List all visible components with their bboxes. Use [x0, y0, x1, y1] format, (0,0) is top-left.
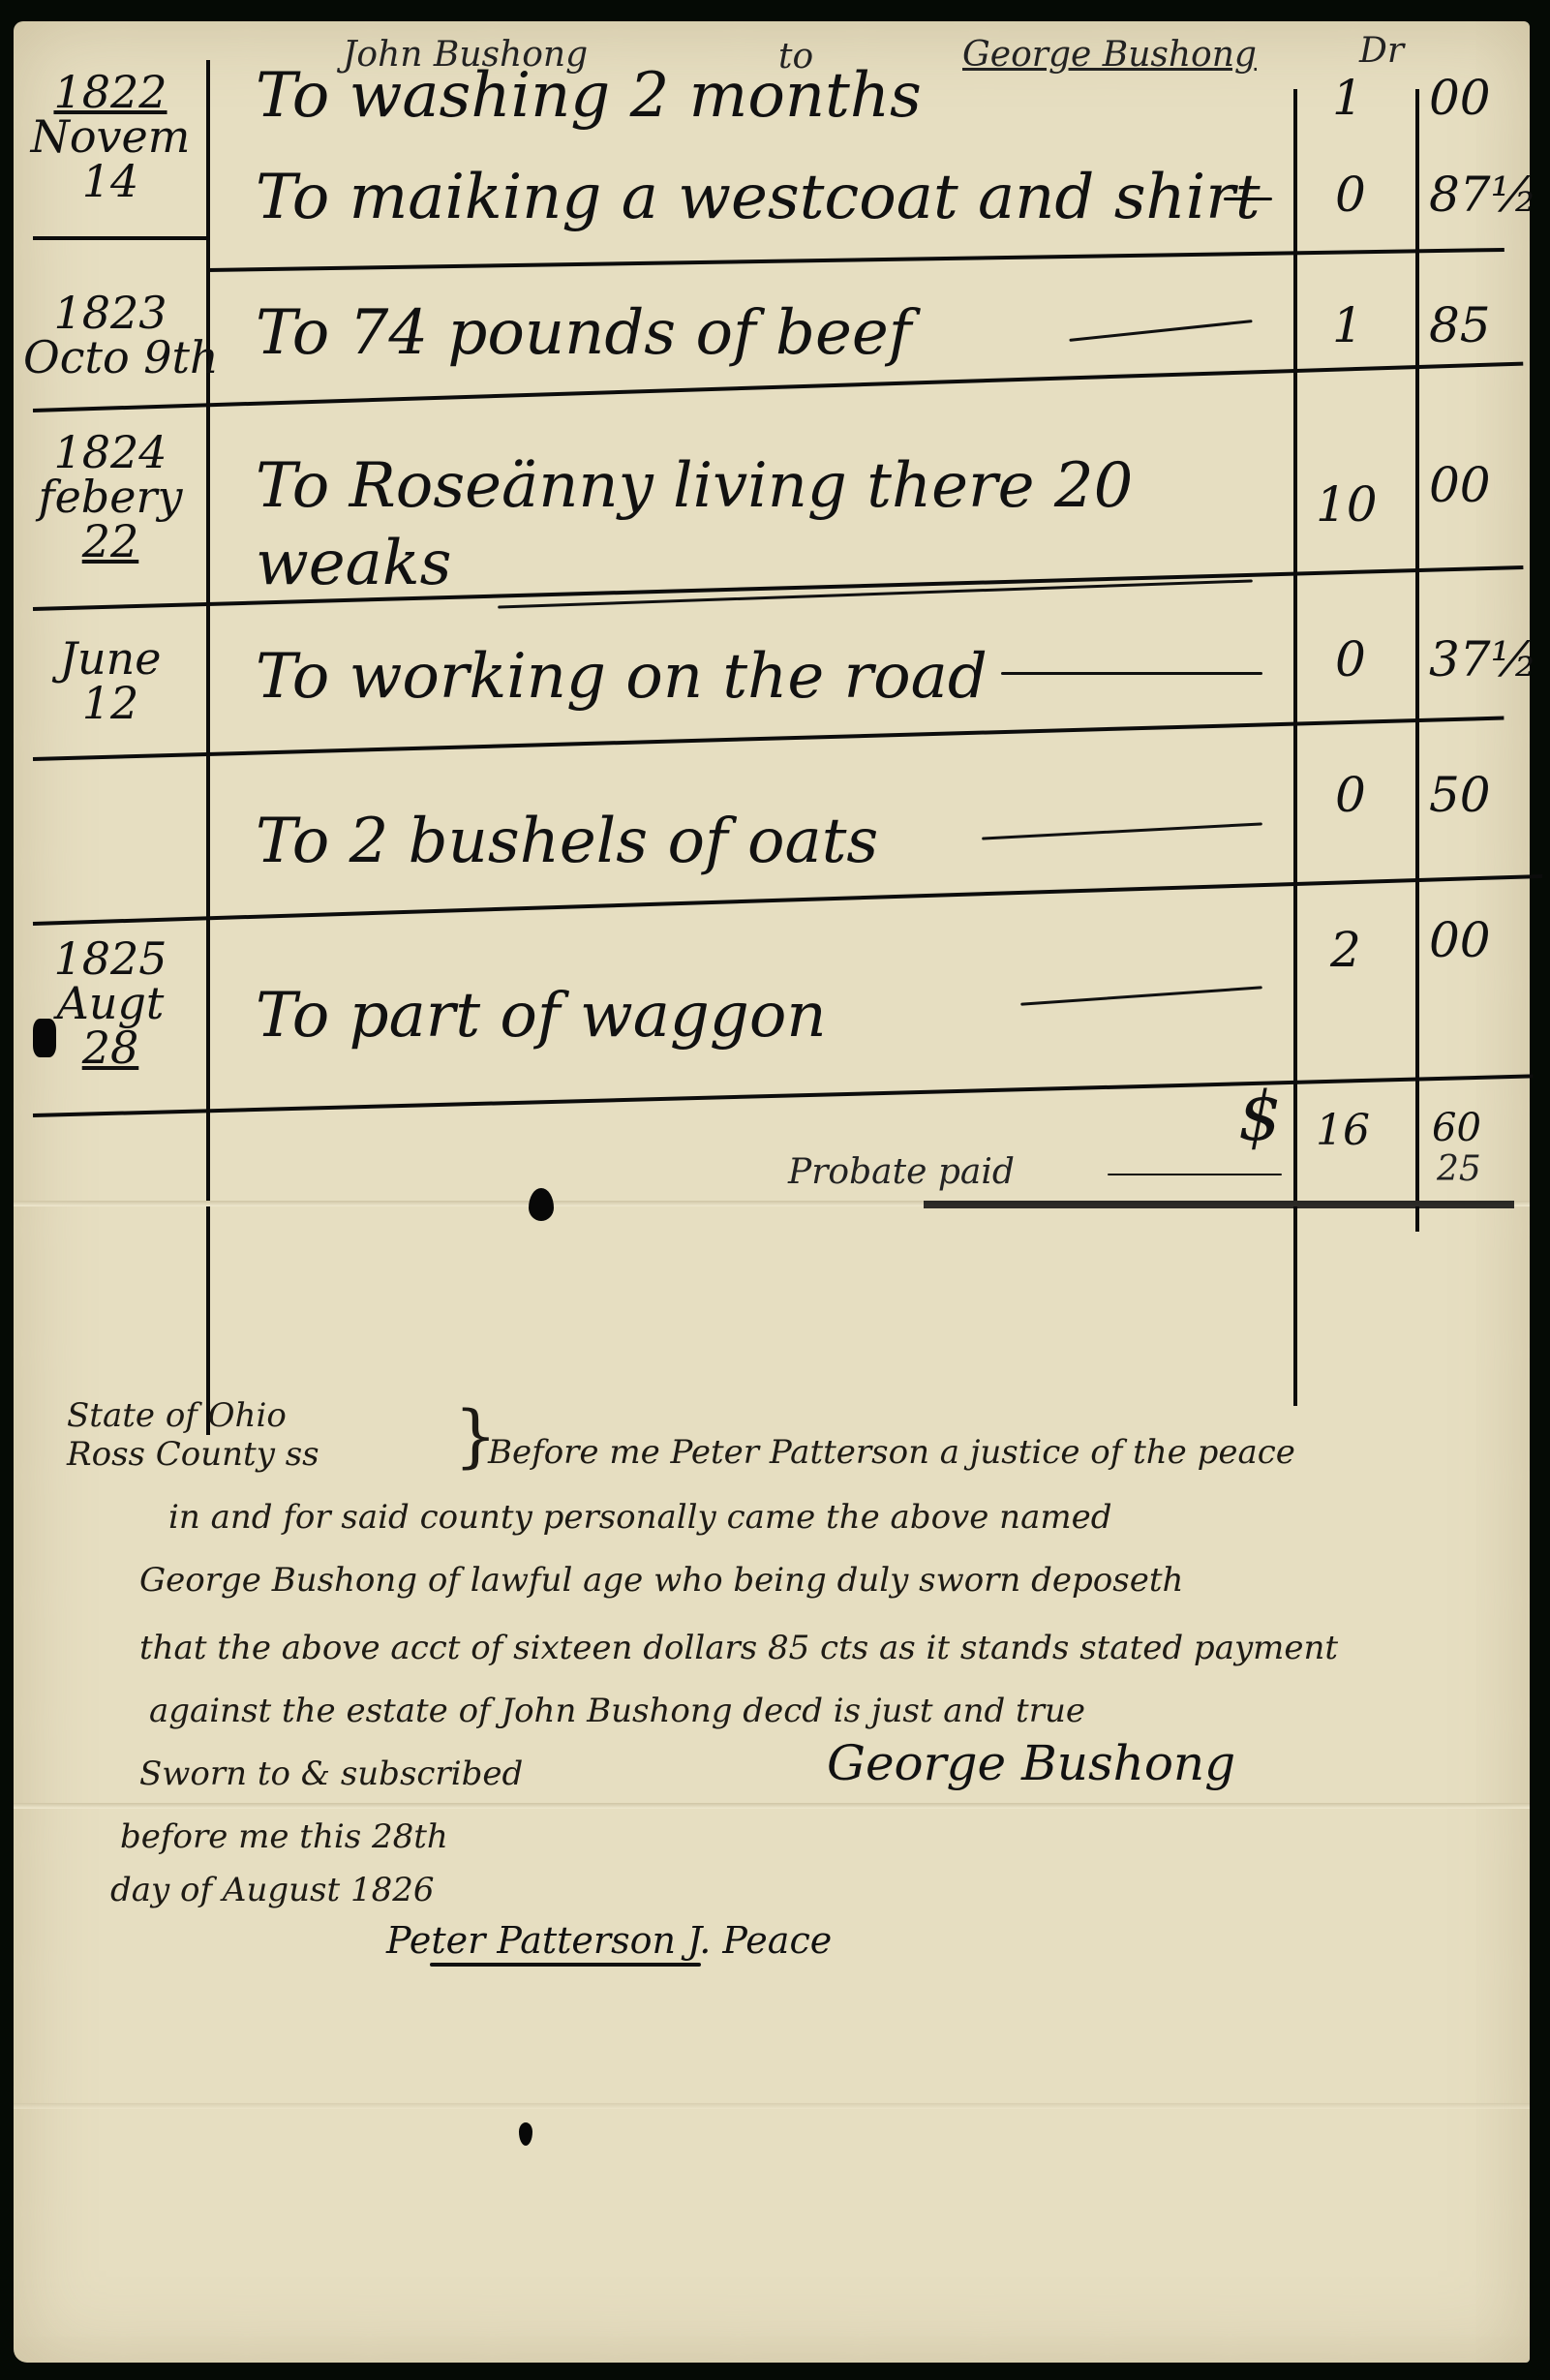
entry-item: To washing 2 months	[256, 60, 922, 132]
row-separator	[33, 717, 1504, 761]
row-separator	[33, 874, 1542, 926]
total-separator	[33, 1074, 1534, 1117]
probate-label: Probate paid	[788, 1152, 1015, 1192]
affidavit-line: in and for said county personally came t…	[168, 1498, 1111, 1537]
entry-item: To maiking a westcoat and shirt	[256, 162, 1261, 233]
probate-cents: 25	[1437, 1149, 1481, 1189]
entry-date: June 12	[23, 636, 198, 725]
fill-dash	[1069, 320, 1252, 342]
deponent-signature: George Bushong	[827, 1735, 1235, 1791]
entry-item: To part of waggon	[256, 980, 827, 1052]
date-of-oath: day of August 1826	[110, 1871, 434, 1909]
row-separator	[207, 248, 1504, 272]
paper-fold	[14, 1803, 1530, 1809]
entry-cents: 37½	[1429, 631, 1537, 687]
entry-item: To 74 pounds of beef	[256, 297, 911, 369]
total-cents: 60	[1432, 1106, 1481, 1150]
affidavit-line: Before me Peter Patterson a justice of t…	[488, 1433, 1295, 1472]
row-separator	[33, 362, 1523, 412]
fill-dash	[982, 822, 1262, 839]
entry-date: 1823 Octo 9th	[23, 290, 198, 380]
entry-cents: 00	[1429, 70, 1491, 126]
entry-item: To Roseänny living there 20 weaks	[256, 447, 1262, 602]
sworn-text: Sworn to & subscribed	[139, 1754, 523, 1793]
document-page: John Bushong to George Bushong Dr 1822 N…	[14, 21, 1530, 2363]
entry-dollars: 10	[1316, 476, 1378, 533]
affidavit-line: against the estate of John Bushong decd …	[149, 1692, 1085, 1730]
affidavit-line: George Bushong of lawful age who being d…	[139, 1561, 1183, 1600]
fill-dash	[1020, 986, 1262, 1005]
affidavit-line: that the above acct of sixteen dollars 8…	[139, 1629, 1338, 1667]
heading-creditor: George Bushong	[962, 35, 1257, 75]
date-column-divider	[206, 60, 210, 1435]
fill-dash	[1108, 1174, 1282, 1175]
ink-smear	[924, 1201, 1514, 1208]
dollars-column-divider	[1293, 89, 1297, 1406]
entry-item: To 2 bushels of oats	[256, 806, 878, 877]
entry-dollars: 0	[1335, 767, 1366, 823]
fill-dash	[1224, 198, 1272, 200]
entry-date: 1824 febery 22	[23, 430, 198, 564]
entry-cents: 00	[1429, 912, 1491, 968]
total-currency-symbol: $	[1238, 1077, 1282, 1156]
entry-date: 1822 Novem 14	[23, 70, 198, 203]
entry-dollars: 0	[1335, 631, 1366, 687]
row-separator	[33, 236, 207, 240]
fill-dash	[1001, 672, 1262, 675]
venue-state: State of Ohio	[67, 1396, 287, 1435]
heading-dr: Dr	[1359, 31, 1404, 71]
total-dollars: 16	[1316, 1106, 1370, 1155]
signature-flourish	[430, 1963, 701, 1967]
ink-blot	[529, 1188, 554, 1221]
entry-cents: 50	[1429, 767, 1491, 823]
venue-county: Ross County ss	[67, 1435, 319, 1474]
paper-fold	[14, 2103, 1530, 2109]
entry-dollars: 1	[1332, 297, 1363, 353]
entry-cents: 00	[1429, 457, 1491, 513]
justice-signature: Peter Patterson J. Peace	[386, 1919, 832, 1962]
before-me-line: before me this 28th	[120, 1817, 448, 1856]
entry-dollars: 0	[1335, 167, 1366, 223]
ink-blot	[33, 1019, 56, 1057]
entry-item: To working on the road	[256, 641, 988, 713]
entry-dollars: 2	[1330, 922, 1361, 978]
entry-cents: 85	[1429, 297, 1491, 353]
entry-dollars: 1	[1332, 70, 1363, 126]
ink-blot	[519, 2122, 532, 2146]
entry-cents: 87½	[1429, 167, 1537, 223]
cents-column-divider	[1415, 89, 1419, 1232]
